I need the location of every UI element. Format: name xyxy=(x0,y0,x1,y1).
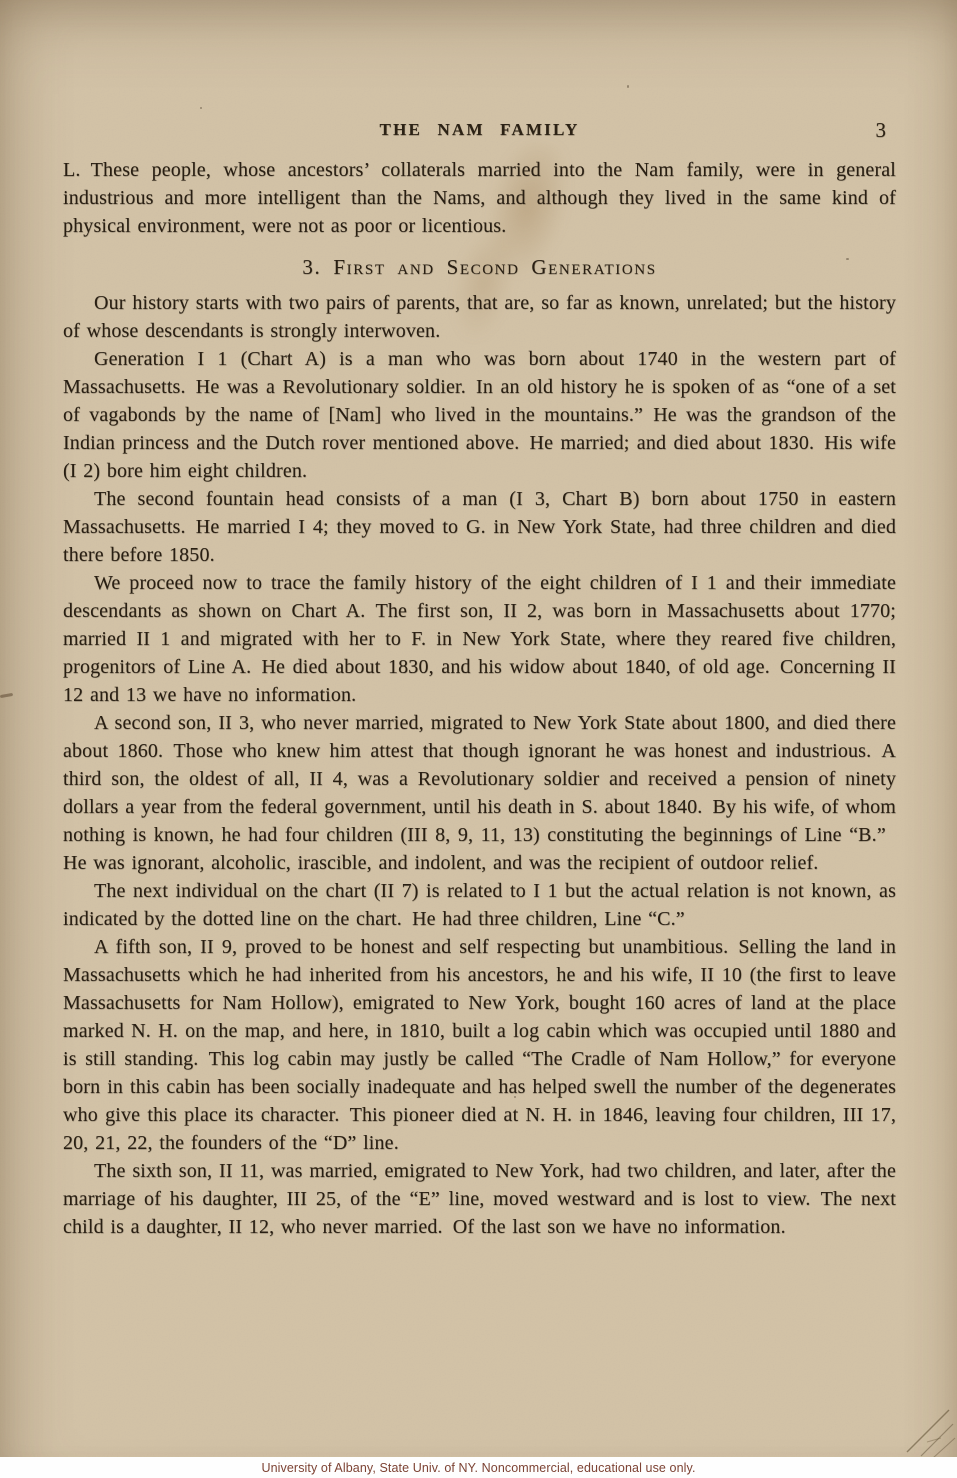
paragraph-second-fountain-head: The second fountain head consists of a m… xyxy=(63,485,896,569)
paragraph-our-history: Our history starts with two pairs of par… xyxy=(63,289,896,345)
usage-notice: University of Albany, State Univ. of NY.… xyxy=(261,1461,695,1475)
paragraph-first-son: We proceed now to trace the family histo… xyxy=(63,569,896,709)
paragraph-sixth-son: The sixth son, II 11, was married, emigr… xyxy=(63,1157,896,1241)
running-header-title: THE NAM FAMILY xyxy=(380,120,580,140)
paragraph-collaterals: L. These people, whose ancestors’ collat… xyxy=(63,156,896,240)
page-body: L. These people, whose ancestors’ collat… xyxy=(63,156,896,1241)
page-header: THE NAM FAMILY 3 xyxy=(63,118,896,148)
corner-pencil-strokes xyxy=(897,1390,957,1460)
paper-speck xyxy=(116,200,118,202)
paragraph-ii7: The next individual on the chart (II 7) … xyxy=(63,877,896,933)
paragraph-fifth-son: A fifth son, II 9, proved to be honest a… xyxy=(63,933,896,1157)
margin-pencil-mark xyxy=(0,693,13,698)
paper-speck xyxy=(846,258,849,260)
scanned-book-page: THE NAM FAMILY 3 L. These people, whose … xyxy=(0,0,957,1478)
section-heading: 3. First and Second Generations xyxy=(63,253,896,281)
paper-speck xyxy=(514,1096,516,1098)
paragraph-generation-i1: Generation I 1 (Chart A) is a man who wa… xyxy=(63,345,896,485)
paper-speck xyxy=(627,85,629,88)
page-number: 3 xyxy=(876,118,887,143)
paragraph-second-third-sons: A second son, II 3, who never married, m… xyxy=(63,709,896,877)
watermark-footer: University of Albany, State Univ. of NY.… xyxy=(0,1457,957,1478)
paper-speck xyxy=(200,107,202,109)
